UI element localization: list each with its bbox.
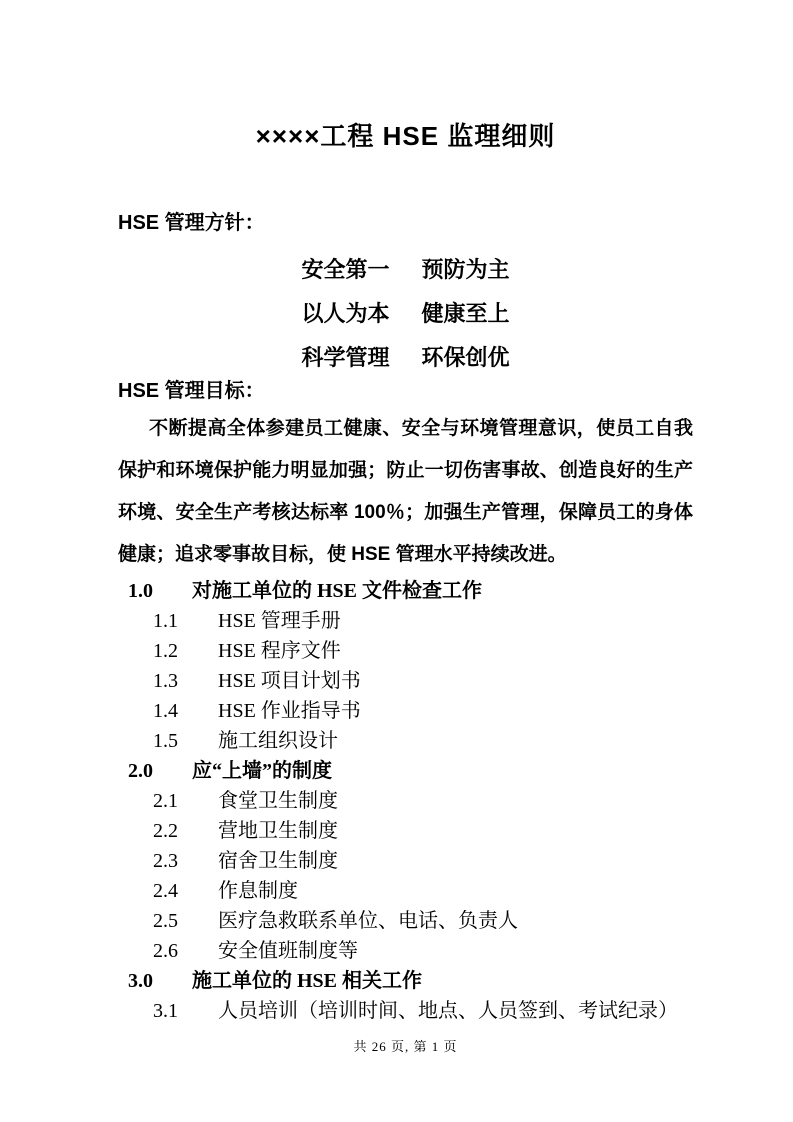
item-2-6-text: 安全值班制度等 [218,940,358,962]
item-2-1-text: 食堂卫生制度 [218,790,338,812]
item-2-2-text: 营地卫生制度 [218,820,338,842]
item-2-3-number: 2.3 [153,846,218,876]
list-item-1-2: 1.2HSE 程序文件 [153,636,693,666]
section-1-number: 1.0 [128,576,192,606]
item-2-2-number: 2.2 [153,816,218,846]
item-1-1-number: 1.1 [153,606,218,636]
item-1-2-text: HSE 程序文件 [218,640,341,662]
item-1-3-number: 1.3 [153,666,218,696]
item-2-4-text: 作息制度 [218,880,298,902]
outline-sections: 1.0对施工单位的 HSE 文件检查工作 1.1HSE 管理手册 1.2HSE … [118,576,693,1026]
list-item-1-3: 1.3HSE 项目计划书 [153,666,693,696]
item-1-1-text: HSE 管理手册 [218,610,341,632]
motto-3-left: 科学管理 [301,341,389,372]
item-3-1-text: 人员培训（培训时间、地点、人员签到、考试纪录） [218,1000,678,1022]
item-2-5-text: 医疗急救联系单位、电话、负责人 [218,910,518,932]
motto-2-left: 以人为本 [301,297,389,328]
item-3-1-number: 3.1 [153,996,218,1026]
item-1-5-text: 施工组织设计 [218,730,338,752]
list-item-2-3: 2.3宿舍卫生制度 [153,846,693,876]
motto-line-2: 以人为本 健康至上 [118,290,693,334]
section-3-number: 3.0 [128,966,192,996]
list-item-1-4: 1.4HSE 作业指导书 [153,696,693,726]
item-1-4-number: 1.4 [153,696,218,726]
motto-2-right: 健康至上 [422,297,510,328]
hse-objective-label: HSE 管理目标： [118,378,693,404]
item-2-6-number: 2.6 [153,936,218,966]
motto-3-right: 环保创优 [422,341,510,372]
motto-line-1: 安全第一 预防为主 [118,246,693,290]
hse-policy-mottos: 安全第一 预防为主 以人为本 健康至上 科学管理 环保创优 [118,246,693,378]
objective-line-4: 健康；追求零事故目标，使 HSE 管理水平持续改进。 [118,534,693,576]
item-2-3-text: 宿舍卫生制度 [218,850,338,872]
list-item-1-1: 1.1HSE 管理手册 [153,606,693,636]
item-2-1-number: 2.1 [153,786,218,816]
section-3-title: 施工单位的 HSE 相关工作 [192,970,422,992]
list-item-2-4: 2.4作息制度 [153,876,693,906]
list-item-2-1: 2.1食堂卫生制度 [153,786,693,816]
item-2-4-number: 2.4 [153,876,218,906]
item-1-5-number: 1.5 [153,726,218,756]
section-3-heading: 3.0施工单位的 HSE 相关工作 [128,966,693,996]
document-title: ××××工程 HSE 监理细则 [118,120,693,152]
item-1-2-number: 1.2 [153,636,218,666]
motto-1-right: 预防为主 [422,253,510,284]
list-item-2-2: 2.2营地卫生制度 [153,816,693,846]
objective-line-1: 不断提高全体参建员工健康、安全与环境管理意识，使员工自我 [118,408,693,450]
section-2-number: 2.0 [128,756,192,786]
section-1-heading: 1.0对施工单位的 HSE 文件检查工作 [128,576,693,606]
page-footer: 共 26 页, 第 1 页 [118,1040,693,1054]
section-1-title: 对施工单位的 HSE 文件检查工作 [192,580,482,602]
item-1-4-text: HSE 作业指导书 [218,700,361,722]
objective-line-3: 环境、安全生产考核达标率 100％；加强生产管理，保障员工的身体 [118,492,693,534]
item-2-5-number: 2.5 [153,906,218,936]
section-2-title: 应“上墙”的制度 [192,760,332,782]
hse-policy-label: HSE 管理方针： [118,210,693,236]
section-2-heading: 2.0应“上墙”的制度 [128,756,693,786]
motto-line-3: 科学管理 环保创优 [118,334,693,378]
hse-objective-paragraph: 不断提高全体参建员工健康、安全与环境管理意识，使员工自我 保护和环境保护能力明显… [118,408,693,576]
motto-1-left: 安全第一 [301,253,389,284]
list-item-3-1: 3.1人员培训（培训时间、地点、人员签到、考试纪录） [153,996,693,1026]
objective-line-2: 保护和环境保护能力明显加强；防止一切伤害事故、创造良好的生产 [118,450,693,492]
list-item-2-6: 2.6安全值班制度等 [153,936,693,966]
list-item-1-5: 1.5施工组织设计 [153,726,693,756]
item-1-3-text: HSE 项目计划书 [218,670,361,692]
document-page: ××××工程 HSE 监理细则 HSE 管理方针： 安全第一 预防为主 以人为本… [0,0,793,1122]
list-item-2-5: 2.5医疗急救联系单位、电话、负责人 [153,906,693,936]
